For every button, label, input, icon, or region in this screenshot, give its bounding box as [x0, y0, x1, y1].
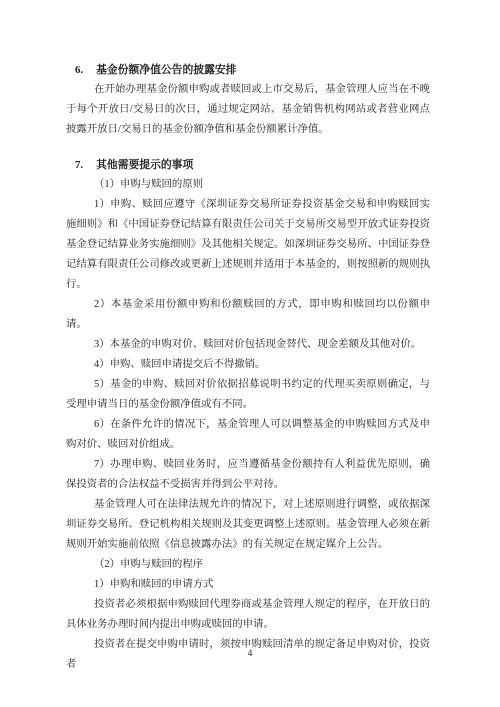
body-paragraph: 5）基金的申购、赎回对价依据招募说明书约定的代理买卖原则确定，与受理申请当日的基…: [66, 375, 430, 415]
body-paragraph: 3）本基金的申购对价、赎回对价包括现金替代、现金差额及其他对价。: [66, 335, 430, 355]
body-paragraph: （1）申购与赎回的原则: [66, 175, 430, 195]
section-number: 6.: [75, 60, 83, 80]
body-paragraph: 4）申购、赎回申请提交后不得撤销。: [66, 355, 430, 375]
body-paragraph: 1）申购和赎回的申请方式: [66, 575, 430, 595]
body-paragraph: 在开始办理基金份额申购或者赎回或上市交易后，基金管理人应当在不晚于每个开放日/交…: [66, 80, 430, 140]
body-paragraph: 基金管理人可在法律法规允许的情况下，对上述原则进行调整，或依据深圳证券交易所、登…: [66, 495, 430, 555]
body-paragraph: 1）申购、赎回应遵守《深圳证券交易所证券投资基金交易和申购赎回实施细则》和《中国…: [66, 195, 430, 295]
section-title: 其他需要提示的事项: [96, 159, 193, 171]
section-title: 基金份额净值公告的披露安排: [96, 64, 236, 76]
section-heading: 6.基金份额净值公告的披露安排: [66, 60, 430, 80]
body-paragraph: 投资者必须根据申购赎回代理券商或基金管理人规定的程序，在开放日的具体业务办理时间…: [66, 595, 430, 635]
section-heading: 7.其他需要提示的事项: [66, 155, 430, 175]
page-number: 4: [0, 648, 500, 660]
section-number: 7.: [75, 155, 83, 175]
body-paragraph: 7）办理申购、赎回业务时，应当遵循基金份额持有人利益优先原则，确保投资者的合法权…: [66, 455, 430, 495]
body-paragraph: 2）本基金采用份额申购和份额赎回的方式，即申购和赎回均以份额申请。: [66, 295, 430, 335]
body-paragraph: （2）申购与赎回的程序: [66, 555, 430, 575]
body-paragraph: 6）在条件允许的情况下，基金管理人可以调整基金的申购赎回方式及申购对价、赎回对价…: [66, 415, 430, 455]
document-body: 6.基金份额净值公告的披露安排在开始办理基金份额申购或者赎回或上市交易后，基金管…: [66, 45, 430, 675]
document-page: 6.基金份额净值公告的披露安排在开始办理基金份额申购或者赎回或上市交易后，基金管…: [0, 0, 500, 707]
